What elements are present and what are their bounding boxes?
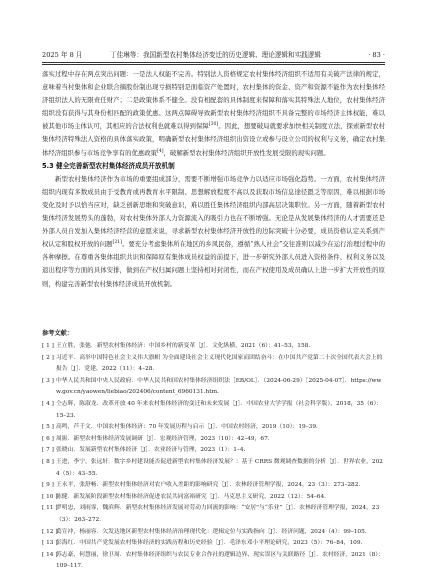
reference-item: [ 6 ]周振．新型农村集体经济发展调研［J］．宏观经济管理，2023（10）：…	[42, 434, 385, 446]
reference-text: 周振．新型农村集体经济发展调研［J］．宏观经济管理，2023（10）：42–49…	[56, 434, 385, 446]
header-page-number: · 83 ·	[368, 49, 385, 61]
body-text: 落实过程中存在两点突出问题：一是法人权能不完善。特别法人资格规定农村集体经济组织…	[42, 68, 385, 291]
reference-text: 王进，李宁，张远轩．数字乡村建设能否促进新型农村集体经济发展？：基于 CRRS …	[56, 457, 385, 480]
reference-number: [ 3 ]	[42, 376, 54, 388]
reference-text[interactable]: 中华人民共和国中央人民政府．中华人民共和国农村集体经济组织法［EB/OL］．（2…	[56, 376, 385, 399]
journal-page: 2025 年 8 月 丁佳琳等：我国新型农村集体经济变迁的历史逻辑、理论逻辑和实…	[0, 0, 427, 583]
reference-number: [ 5 ]	[42, 422, 54, 434]
reference-number: [ 12 ]	[42, 527, 58, 539]
header-date: 2025 年 8 月	[42, 49, 82, 61]
reference-item: [ 9 ]王永平，张舒畅．新型农村集体经济对农户收入差距的影响研究［J］．农林经…	[42, 480, 385, 492]
reference-item: [ 2 ]习近平．高举中国特色社会主义伟大旗帜 为全面建设社会主义现代化国家而团…	[42, 353, 385, 376]
reference-text: 王立胜，张弛．新型农村集体经济：中国乡村的新变革［J］．文化纵横，2021（6）…	[56, 341, 385, 353]
header-rule-thin	[42, 64, 385, 65]
references-section: 参考文献： [ 1 ]王立胜，张弛．新型农村集体经济：中国乡村的新变革［J］．文…	[42, 328, 385, 573]
reference-item: [ 4 ]仝志辉，陈淑龙．改革开放 40 年来农村集体经济的变迁和未来发展［J］…	[42, 399, 385, 422]
reference-text: 仝志辉，陈淑龙．改革开放 40 年来农村集体经济的变迁和未来发展［J］．中国农业…	[56, 399, 385, 422]
paragraph-1: 落实过程中存在两点突出问题：一是法人权能不完善。特别法人资格规定农村集体经济组织…	[42, 68, 385, 160]
reference-item: [ 14 ]苏志豪，何慧丽，徐卫周．农村集体经济组织与农民专业合作社的逻辑边界、…	[42, 550, 385, 573]
reference-number: [ 10 ]	[42, 492, 58, 504]
reference-item: [ 12 ]葛宣冲，杨丽容．欠发达地区新型农村集体经济治理现代化：逻辑定位与实践…	[42, 527, 385, 539]
citation-21[interactable]: [21]	[113, 240, 122, 245]
reference-number: [ 6 ]	[42, 434, 54, 446]
reference-text: 彭海红．中国共产党发展农村集体经济的实践历程和历史经验［J］．毛泽东邓小平理论研…	[56, 538, 385, 550]
reference-text: 苏志豪，何慧丽，徐卫周．农村集体经济组织与农民专业合作社的逻辑边界、现实误区与关…	[56, 550, 385, 573]
reference-text: 罗明忠，刘雨霏，魏滨辉．新型农村集体经济发展对劳动力回流的影响：“安居”与“乐业…	[56, 503, 385, 526]
reference-item: [ 8 ]王进，李宁，张远轩．数字乡村建设能否促进新型农村集体经济发展？：基于 …	[42, 457, 385, 480]
reference-text: 王永平，张舒畅．新型农村集体经济对农户收入差距的影响研究［J］．农林经济管理学报…	[56, 480, 385, 492]
reference-item: [ 7 ]张晓山．发展新型农村集体经济［J］．农业经济与管理，2023（1）：1…	[42, 445, 385, 457]
reference-number: [ 13 ]	[42, 538, 58, 550]
reference-item: [ 5 ]高鸣，芦千文．中国农村集体经济：70 年发展历程与启示［J］．中国农村…	[42, 422, 385, 434]
section-heading-5-3: 5.3 健全完善新型农村集体经济成员开放机制	[42, 160, 385, 173]
reference-number: [ 4 ]	[42, 399, 54, 411]
paragraph-2-text: 新型农村集体经济作为市场的重要组成部分，需要不断增强市场竞争力以适应市场强化趋势…	[42, 175, 385, 248]
reference-item: [ 10 ]陈健．新发展阶段新型农村集体经济促进农民共同富裕研究［J］．马克思主…	[42, 492, 385, 504]
reference-number: [ 2 ]	[42, 353, 54, 365]
reference-number: [ 8 ]	[42, 457, 54, 469]
reference-text: 高鸣，芦千文．中国农村集体经济：70 年发展历程与启示［J］．中国农村经济，20…	[56, 422, 385, 434]
reference-text: 葛宣冲，杨丽容．欠发达地区新型农村集体经济治理现代化：逻辑定位与实践指向［J］．…	[56, 527, 385, 539]
reference-number: [ 14 ]	[42, 550, 58, 562]
reference-number: [ 11 ]	[42, 503, 58, 515]
paragraph-1-end: ，破解新型农村集体经济组织开放性发展受限的现实问题。	[164, 149, 330, 157]
reference-number: [ 7 ]	[42, 445, 54, 457]
running-header: 2025 年 8 月 丁佳琳等：我国新型农村集体经济变迁的历史逻辑、理论逻辑和实…	[42, 49, 385, 61]
reference-text: 习近平．高举中国特色社会主义伟大旗帜 为全面建设社会主义现代化国家而团结奋斗：在…	[56, 353, 385, 376]
reference-item: [ 11 ]罗明忠，刘雨霏，魏滨辉．新型农村集体经济发展对劳动力回流的影响：“安…	[42, 503, 385, 526]
reference-number: [ 1 ]	[42, 341, 54, 353]
header-article-title: 丁佳琳等：我国新型农村集体经济变迁的历史逻辑、理论逻辑和实践逻辑	[110, 49, 321, 61]
reference-text: 陈健．新发展阶段新型农村集体经济促进农民共同富裕研究［J］．马克思主义研究，20…	[56, 492, 385, 504]
reference-text: 张晓山．发展新型农村集体经济［J］．农业经济与管理，2023（1）：1–4.	[56, 445, 385, 457]
citation-30[interactable]: [30]	[209, 122, 218, 127]
paragraph-2: 新型农村集体经济作为市场的重要组成部分，需要不断增强市场竞争力以适应市场强化趋势…	[42, 173, 385, 291]
reference-item: [ 3 ]中华人民共和国中央人民政府．中华人民共和国农村集体经济组织法［EB/O…	[42, 376, 385, 399]
references-title: 参考文献：	[42, 328, 385, 339]
reference-item: [ 13 ]彭海红．中国共产党发展农村集体经济的实践历程和历史经验［J］．毛泽东…	[42, 538, 385, 550]
reference-item: [ 1 ]王立胜，张弛．新型农村集体经济：中国乡村的新变革［J］．文化纵横，20…	[42, 341, 385, 353]
reference-number: [ 9 ]	[42, 480, 54, 492]
